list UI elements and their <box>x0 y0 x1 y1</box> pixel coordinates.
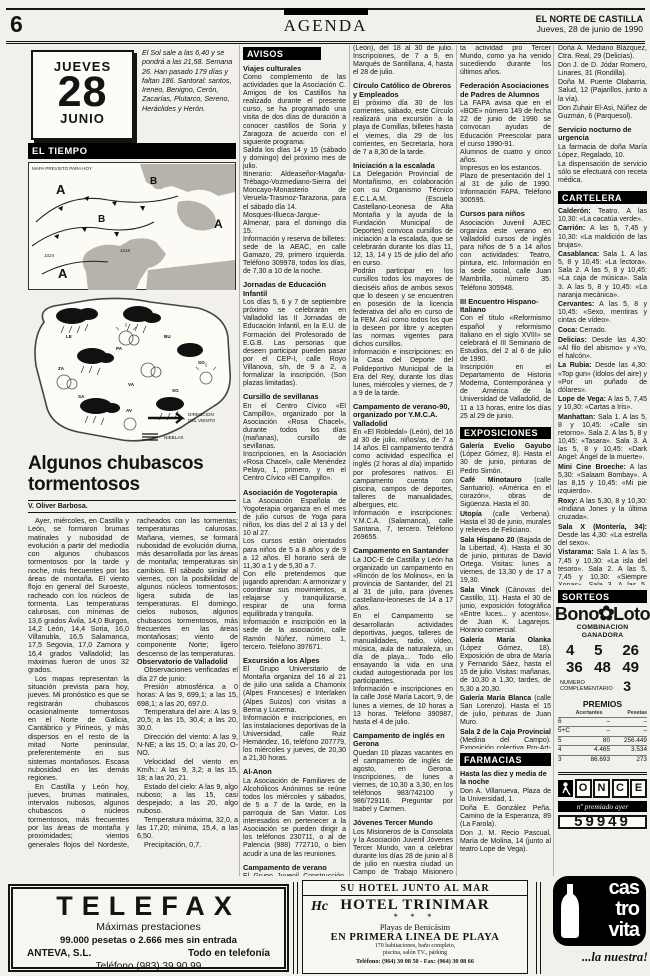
cinema-item: Lope de Vega: A las 5, 7,45 y 10,30: «Ca… <box>558 396 647 412</box>
el-tiempo-section-header: EL TIEMPO <box>28 143 236 159</box>
telefax-ad: TELEFAX Máximas prestaciones 99.000 pese… <box>8 884 289 972</box>
once-person-icon <box>558 780 573 797</box>
venue-name: Galería Evelio Gayubo <box>460 443 551 450</box>
prize-amount: 3.534 <box>610 746 647 755</box>
venue-details: (Medina del Campo). Exposición colectiva… <box>460 737 551 749</box>
notice-item: Cursos para niños Asociación Juvenil AJE… <box>460 210 551 292</box>
night-service-lines: La farmacia de doña María López, Regalad… <box>558 144 647 185</box>
cinema-name: Sala X (Montería, 34): <box>558 524 647 531</box>
complementary-number: NUMERO COMPLEMENTARIO 3 <box>560 680 645 693</box>
once-letter: O <box>575 779 592 798</box>
telefax-slogan: Todo en telefonía <box>188 948 270 959</box>
farmacia-entry: Don J. de D. Jódar Romero, Linares, 31 (… <box>558 62 647 78</box>
notice-body: Asociación Juvenil AJEC organiza este ve… <box>460 220 551 293</box>
cinema-name: La Rubia: <box>558 362 592 369</box>
venue-details: (López Gómez, 8). Hasta el 30 de junio, … <box>460 451 551 474</box>
notice-item: Asociación de Yogoterapia La Asociación … <box>243 489 346 652</box>
notice-title: Campamento de verano <box>243 864 346 872</box>
prize-winners: – <box>573 718 610 727</box>
cinema-name: Casablanca: <box>558 251 599 258</box>
venue-name: Café Minotauro <box>460 477 522 484</box>
observatory-line: Temperatura máxima, 32,0, a las 17,20; m… <box>137 816 238 841</box>
telefax-ad-title: TELEFAX <box>13 892 284 920</box>
cinema-item: La Rubia: Desde las 4,30: «Top gun» (ído… <box>558 362 647 394</box>
cinema-name: Vistarama: <box>558 549 594 556</box>
exposicion-item: Galería María Blanca (calle San Lorenzo)… <box>460 695 551 727</box>
exposicion-item: Utopía (calle Verbena). Hasta el 30 de j… <box>460 511 551 535</box>
exposicion-item: Galería Evelio Gayubo (López Gómez, 8). … <box>460 443 551 475</box>
notice-title: Círculo Católico de Obreros y Empleados <box>353 82 453 99</box>
complementary-label: COMPLEMENTARIO <box>560 686 613 692</box>
cinema-name: Carrión: <box>558 225 585 232</box>
exposiciones-list: Galería Evelio Gayubo (López Gómez, 8). … <box>460 443 551 749</box>
prizes-col-acertantes: Acertantes <box>558 709 603 717</box>
prize-row: 3 86.693 273 <box>558 755 647 765</box>
province-code: SA <box>78 394 85 399</box>
cinema-name: Lope de Vega: <box>558 396 606 403</box>
notice-item: Viajes culturales Como complemento de la… <box>243 65 346 277</box>
observatory-lines: Observaciones verificadas el día 27 de j… <box>137 666 238 849</box>
notice-item: Al-Anon La Asociación de Familiares de A… <box>243 768 346 858</box>
farmacia-entry: Don A. Villanueva, Plaza de la Universid… <box>460 788 551 804</box>
hotel-ad-header: SU HOTEL JUNTO AL MAR <box>303 881 527 896</box>
castrovita-tagline: ...la nuestra! <box>553 950 648 965</box>
observatory-line: Dirección del viento: A las 9, N-NE; a l… <box>137 733 238 758</box>
cinema-name: Mini Cine Broeche: <box>558 464 626 471</box>
day-number: 28 <box>33 74 132 111</box>
column-rule <box>553 45 554 876</box>
telefax-ad-line: 99.000 pesetas o 2.666 mes sin entrada <box>13 935 284 946</box>
exposicion-item: Sala 2 de la Caja Provincial (Medina del… <box>460 729 551 749</box>
bonoloto-clover-icon: ✿ <box>598 607 614 621</box>
prize-amount: – <box>610 727 647 736</box>
cinema-name: Coca: <box>558 327 577 334</box>
notice-item: Jóvenes Tercer Mundo Los Misioneros de l… <box>353 819 453 876</box>
winning-number: 36 <box>566 659 583 676</box>
sorteos-section-header: SORTEOS <box>558 590 647 603</box>
prize-amount: – <box>610 718 647 727</box>
exposicion-item: Galería María Olanka (López Gómez, 18). … <box>460 637 551 694</box>
notice-body: La Delegación Provincial de Montañismo, … <box>353 171 453 398</box>
notice-body: Con el título «Reformismo español y refo… <box>460 315 551 420</box>
cinema-item: Vistarama: Sala 1. A las 5, 7,45 y 10,30… <box>558 549 647 585</box>
notice-body: La JOC-E de Castilla y León ha organizad… <box>353 557 453 727</box>
avisos-list: Federación Asociaciones de Padres de Alu… <box>460 82 551 420</box>
continuation-paragraph: ta actividad pro Tercer Mundo, como ya h… <box>460 45 551 77</box>
venue-details: (Cánovas del Castillo, 11). Hasta el 30 … <box>460 587 551 634</box>
pressure-label: B <box>150 176 157 187</box>
wind-label: DEL VIENTO <box>188 418 215 423</box>
agenda-top-bar <box>284 8 368 15</box>
cinema-item: Calderón: Teatro. A las 10,30: «La cacat… <box>558 208 647 224</box>
continuation-paragraph: (León), del 18 al 30 de julio. Inscripci… <box>353 45 453 77</box>
notice-title: Cursos para niños <box>460 210 551 218</box>
pressure-label: A <box>214 217 223 231</box>
winning-number: 26 <box>622 642 639 659</box>
pressure-label: A <box>56 182 66 197</box>
once-letter: E <box>630 779 647 798</box>
notice-item: III Encuentro Hispano-Italiano Con el tí… <box>460 298 551 421</box>
notice-body: El Grupo Universitario de Montaña organi… <box>243 666 346 763</box>
cinema-name: Cervantes: <box>558 301 594 308</box>
cinema-item: Sala X (Montería, 34): Desde las 4,30: «… <box>558 524 647 548</box>
cinema-item: Carrión: A las 5, 7,45 y 10,30: «La mald… <box>558 225 647 249</box>
venue-name: Galería María Blanca <box>460 695 531 702</box>
calendar-date-box: JUEVES 28 JUNIO <box>31 50 134 140</box>
regional-weather-map: LE PA BU SO VA ZA SA SG AV DIRECCION DEL… <box>30 294 234 448</box>
masthead: 6 AGENDA EL NORTE DE CASTILLA Jueves, 28… <box>6 8 645 44</box>
telefax-ad-line: Máximas prestaciones <box>13 921 284 933</box>
once-letter: N <box>593 779 610 798</box>
newspaper-name: EL NORTE DE CASTILLA <box>536 14 643 24</box>
prize-row: 5+C – – <box>558 726 647 736</box>
cinema-showtimes: Desde las 4,30: «La estrella del sexo». <box>558 532 647 547</box>
farmacia-entry: Don J. M. Recio Pascual, María de Molina… <box>460 830 551 854</box>
prize-category: 4 <box>558 746 573 755</box>
prizes-table-header: Acertantes Pesetas <box>558 709 647 717</box>
issue-date: Jueves, 28 de junio de 1990 <box>536 24 643 34</box>
night-service-line: La dispensación de servicio sólo se efec… <box>558 161 647 185</box>
prize-category: 3 <box>558 756 573 765</box>
cinema-name: Manhattan: <box>558 414 595 421</box>
notice-item: Jornadas de Educación Infantil Los días … <box>243 281 346 388</box>
notice-item: Federación Asociaciones de Padres de Alu… <box>460 82 551 205</box>
notice-item: Círculo Católico de Obreros y Empleados … <box>353 82 453 156</box>
ad-divider <box>536 882 541 974</box>
prize-winners: 80 <box>573 737 610 746</box>
farmacias-subtitle: Hasta las diez y media de la noche <box>460 770 551 786</box>
fog-label: NIEBLAS <box>164 435 183 440</box>
notice-title: Al-Anon <box>243 768 346 776</box>
venue-name: Utopía <box>460 511 482 518</box>
avisos-column: AVISOS Viajes culturales Como complement… <box>243 45 346 876</box>
notice-body: Como complemento de las actividades que … <box>243 74 346 276</box>
province-code: PA <box>116 346 123 351</box>
farmacia-entry: Doña A. Mediano Blázquez, Ctra. Real, 29… <box>558 45 647 61</box>
cinema-item: Casablanca: Sala 1. A las 5, 8 y 10,45: … <box>558 251 647 300</box>
winning-number: 4 <box>566 642 574 659</box>
cinema-name: Delicias: <box>558 337 587 344</box>
avisos-list: Círculo Católico de Obreros y Empleados … <box>353 82 453 876</box>
cinema-item: Delicias: Desde las 4,30: «Al filo del a… <box>558 337 647 361</box>
column-rule <box>349 45 350 876</box>
notice-title: Asociación de Yogoterapia <box>243 489 346 497</box>
notice-title: III Encuentro Hispano-Italiano <box>460 298 551 315</box>
castrovita-logo: cas tro vita <box>553 876 646 946</box>
province-code: VA <box>128 382 135 387</box>
observatory-line: Estado del cielo: A las 9, algo nuboso; … <box>137 783 238 816</box>
venue-name: Galería María Olanka <box>460 637 551 644</box>
province-code: BU <box>164 334 171 339</box>
winning-numbers-row: 364849 <box>558 659 647 676</box>
farmacias-list: Doña A. Mediano Blázquez, Ctra. Real, 29… <box>558 45 647 121</box>
notice-title: Excursión a los Alpes <box>243 657 346 665</box>
exposiciones-section-header: EXPOSICIONES <box>460 427 551 440</box>
cinema-name: Calderón: <box>558 208 591 215</box>
notice-title: Jóvenes Tercer Mundo <box>353 819 453 827</box>
hotel-trinimar-ad: SU HOTEL JUNTO AL MAR Hc HOTEL TRINIMAR … <box>302 880 528 974</box>
observatory-line: Velocidad del viento en Km/h.: A las 9, … <box>137 758 238 783</box>
article-paragraph: Los mapas representan la situación previ… <box>28 675 129 783</box>
night-service-line: La farmacia de doña María López, Regalad… <box>558 144 647 160</box>
byline: V. Oliver Barbosa. <box>28 500 236 513</box>
notice-item: Cursillo de sevillanas En el Centro Cívi… <box>243 393 346 483</box>
farmacias-list: Don A. Villanueva, Plaza de la Universid… <box>460 788 551 855</box>
newspaper-page: 6 AGENDA EL NORTE DE CASTILLA Jueves, 28… <box>0 0 650 976</box>
prize-winners: – <box>573 727 610 736</box>
observatory-line: Precipitación, 0,7. <box>137 841 238 849</box>
notice-body: La Asociación de Familiares de Alcohólic… <box>243 778 346 859</box>
cinema-item: Mini Cine Broeche: A las 5,30: «Salaam B… <box>558 464 647 496</box>
hotel-ad-line: 170 habitaciones, baño completo, <box>303 943 527 950</box>
pressure-label: B <box>98 214 105 225</box>
notice-title: Campamento de verano-90, organizado por … <box>353 403 453 428</box>
castrovita-word: tro <box>609 899 639 920</box>
avisos-column-2: (León), del 18 al 30 de julio. Inscripci… <box>353 45 453 876</box>
notice-title: Jornadas de Educación Infantil <box>243 281 346 298</box>
province-code: LE <box>66 334 72 339</box>
winning-number: 5 <box>594 642 602 659</box>
hotel-logo-icon: Hc <box>311 899 328 915</box>
prize-row: 5 80 256.449 <box>558 736 647 746</box>
venue-name: Sala Vinck <box>460 587 499 594</box>
prize-category: 5+C <box>558 727 573 736</box>
bonoloto-word-right: Loto <box>613 610 650 618</box>
notice-body: Quedan 10 plazas vacantes en el campamen… <box>353 750 453 815</box>
observatory-line: Presión atmosférica a 0 horas: A las 9, … <box>137 683 238 708</box>
cinema-item: Roxy: A las 5,30, 8 y 10,30: «Indiana Jo… <box>558 498 647 522</box>
farmacias-section-header: FARMACIAS <box>460 753 551 766</box>
hotel-ad-line: piscina, salón TV., párking <box>303 950 527 957</box>
notice-item: Campamento de verano El Grupo Juvenil Co… <box>243 864 346 876</box>
column-rule <box>239 45 240 876</box>
winning-number: 48 <box>594 659 611 676</box>
winning-number: 49 <box>622 659 639 676</box>
castrovita-word: cas <box>609 878 639 899</box>
cinema-name: Roxy: <box>558 498 577 505</box>
prize-amount: 256.449 <box>610 737 647 746</box>
notice-title: Federación Asociaciones de Padres de Alu… <box>460 82 551 99</box>
map-caption: MAPA PREVISTO PARA HOY <box>32 166 92 171</box>
observatory-line: Temperatura del aire: A las 9, 20,5; a l… <box>137 708 238 733</box>
venue-name: Sala Hispano 20 <box>460 537 514 544</box>
pressure-label: A <box>58 266 68 281</box>
notice-item: Excursión a los Alpes El Grupo Universit… <box>243 657 346 764</box>
notice-title: Campamento en Santander <box>353 547 453 555</box>
prize-row: 6 – – <box>558 717 647 727</box>
weather-article: Ayer, miércoles, en Castilla y León, se … <box>28 517 238 877</box>
venue-details: (López Gómez, 18). Exposición de obra de… <box>460 645 551 692</box>
once-winning-number: 59949 <box>558 815 647 829</box>
farmacias-column: FARMACIAS Hasta las diez y media de la n… <box>460 751 551 876</box>
notice-item: Campamento en Santander La JOC-E de Cast… <box>353 547 453 726</box>
notice-title: Iniciación a la escalada <box>353 162 453 170</box>
cartelera-list: Calderón: Teatro. A las 10,30: «La cacat… <box>558 208 647 585</box>
province-code: ZA <box>58 366 65 371</box>
notice-body: El próximo día 30 de los corrientes, sáb… <box>353 100 453 157</box>
prize-amount: 273 <box>610 756 647 765</box>
notice-body: La FAPA avisa que en el «BOE» número 149… <box>460 100 551 205</box>
month: JUNIO <box>33 111 132 126</box>
prizes-title: PREMIOS <box>558 700 647 708</box>
avisos-section-header: AVISOS <box>243 47 321 60</box>
cinema-showtimes: Sala 1. A las 5, 8 y 10,45: «Calle sin r… <box>558 414 647 461</box>
prizes-table: 6 – – 5+C – – 5 80 256.449 4 <box>558 717 647 765</box>
farmacia-entry: Doña E. González Peña. Camino de la Espe… <box>460 805 551 829</box>
isobar-value: 1024 <box>44 253 55 258</box>
exposicion-item: Sala Vinck (Cánovas del Castillo, 11). H… <box>460 587 551 636</box>
bonoloto-logo: Bono✿Loto <box>558 607 647 621</box>
avisos-list: Viajes culturales Como complemento de la… <box>243 65 346 876</box>
synoptic-weather-map: MAPA PREVISTO PARA HOY A B B A A 1024 10… <box>28 162 236 290</box>
prizes-col-pesetas: Pesetas <box>603 709 648 717</box>
sorteos-column: SORTEOS Bono✿Loto COMBINACION GANADORA 4… <box>558 588 647 872</box>
notice-body: En el Centro Cívico «El Campillo», organ… <box>243 403 346 484</box>
notice-body: El Grupo Juvenil Construcción, del barri… <box>243 873 346 876</box>
hotel-stars: * * * <box>303 914 527 921</box>
notice-title: Cursillo de sevillanas <box>243 393 346 401</box>
venue-name: Sala 2 de la Caja Provincial <box>460 729 551 736</box>
cinema-showtimes: Sala 1. A las 5, 8 y 10,45: «La lectora»… <box>558 251 647 298</box>
once-letters: ONCE <box>575 779 648 798</box>
hotel-ad-line: EN PRIMERA LINEA DE PLAYA <box>303 932 527 943</box>
notice-body: Los días 5, 6 y 7 de septiembre próximo … <box>243 299 346 388</box>
prize-winners: 86.693 <box>573 756 610 765</box>
once-tagline: nº premiado ayer <box>558 801 647 812</box>
night-service-title: Servicio nocturno de urgencia <box>558 126 647 143</box>
cartelera-column: Doña A. Mediano Blázquez, Ctra. Real, 29… <box>558 45 647 585</box>
notice-title: Viajes culturales <box>243 65 346 73</box>
prize-row: 4 4.465 3.534 <box>558 745 647 755</box>
farmacia-entry: Don Zuhair El-Asi, Núñez de Guzmán, 6 (P… <box>558 105 647 121</box>
cinema-item: Cervantes: A las 5, 8 y 10,45: «Sexo, me… <box>558 301 647 325</box>
province-code: SO <box>198 360 205 365</box>
farmacia-entry: Doña M. Puente Olabarria, Salud, 12 (Paj… <box>558 79 647 103</box>
castrovita-ad: cas tro vita ...la nuestra! <box>553 876 648 974</box>
notice-item: Iniciación a la escalada La Delegación P… <box>353 162 453 398</box>
winning-combination-label: COMBINACION GANADORA <box>558 624 647 640</box>
hotel-phone: Teléfono: (964) 30 08 50 - Fax: (964) 30… <box>303 958 527 965</box>
venue-details: (Bajada de la Libertad, 4). Hasta el 30 … <box>460 537 551 584</box>
castrovita-word: vita <box>609 920 639 941</box>
once-letter: C <box>612 779 629 798</box>
complementary-value: 3 <box>623 682 631 690</box>
sun-santoral-info: El Sol sale a las 6,40 y se pondrá a las… <box>142 48 237 113</box>
notice-body: Los Misioneros de la Consolata y la Asoc… <box>353 829 453 876</box>
cinema-showtimes: Cerrado. <box>579 327 606 334</box>
telefax-company: ANTEVA, S.L. <box>27 948 91 959</box>
province-code: SG <box>172 388 179 393</box>
cinema-item: Coca: Cerrado. <box>558 327 647 335</box>
wind-label: DIRECCION <box>188 412 214 417</box>
bonoloto-word-left: Bono <box>555 610 599 618</box>
prize-winners: 4.465 <box>573 746 610 755</box>
notice-item: Campamento de inglés en Gerona Quedan 10… <box>353 732 453 815</box>
telefax-phone: Teléfono (983) 39 90 99 <box>13 961 284 972</box>
exposicion-item: Café Minotauro (calle Santuario). «Améri… <box>460 477 551 509</box>
cinema-item: Manhattan: Sala 1. A las 5, 8 y 10,45: «… <box>558 414 647 463</box>
notice-body: La Asociación Española de Yogoterapia or… <box>243 498 346 652</box>
column-rule <box>456 45 457 876</box>
province-code: AV <box>126 408 133 413</box>
hotel-ad-line: Playas de Benicásim <box>303 922 527 932</box>
prize-category: 5 <box>558 737 573 746</box>
weather-headline: Algunos chubascos tormentosos <box>28 453 240 495</box>
ad-divider <box>293 882 298 974</box>
bottle-icon <box>559 882 581 940</box>
once-block: ONCE nº premiado ayer 59949 <box>558 772 647 829</box>
masthead-right: EL NORTE DE CASTILLA Jueves, 28 de junio… <box>536 14 643 34</box>
winning-numbers-row: 4526 <box>558 642 647 659</box>
notice-item: Campamento de verano-90, organizado por … <box>353 403 453 543</box>
exposicion-item: Sala Hispano 20 (Bajada de la Libertad, … <box>460 537 551 586</box>
notice-title: Campamento de inglés en Gerona <box>353 732 453 749</box>
exposiciones-column: ta actividad pro Tercer Mundo, como ya h… <box>460 45 551 749</box>
notice-body: En «El Robledal» (León), del 16 al 30 de… <box>353 429 453 542</box>
isobar-value: 1016 <box>120 248 131 253</box>
prize-category: 6 <box>558 718 573 727</box>
cartelera-section-header: CARTELERA <box>558 191 647 204</box>
observatory-line: Observaciones verificadas el día 27 de j… <box>137 666 238 683</box>
article-paragraph: Ayer, miércoles, en Castilla y León, se … <box>28 517 129 675</box>
